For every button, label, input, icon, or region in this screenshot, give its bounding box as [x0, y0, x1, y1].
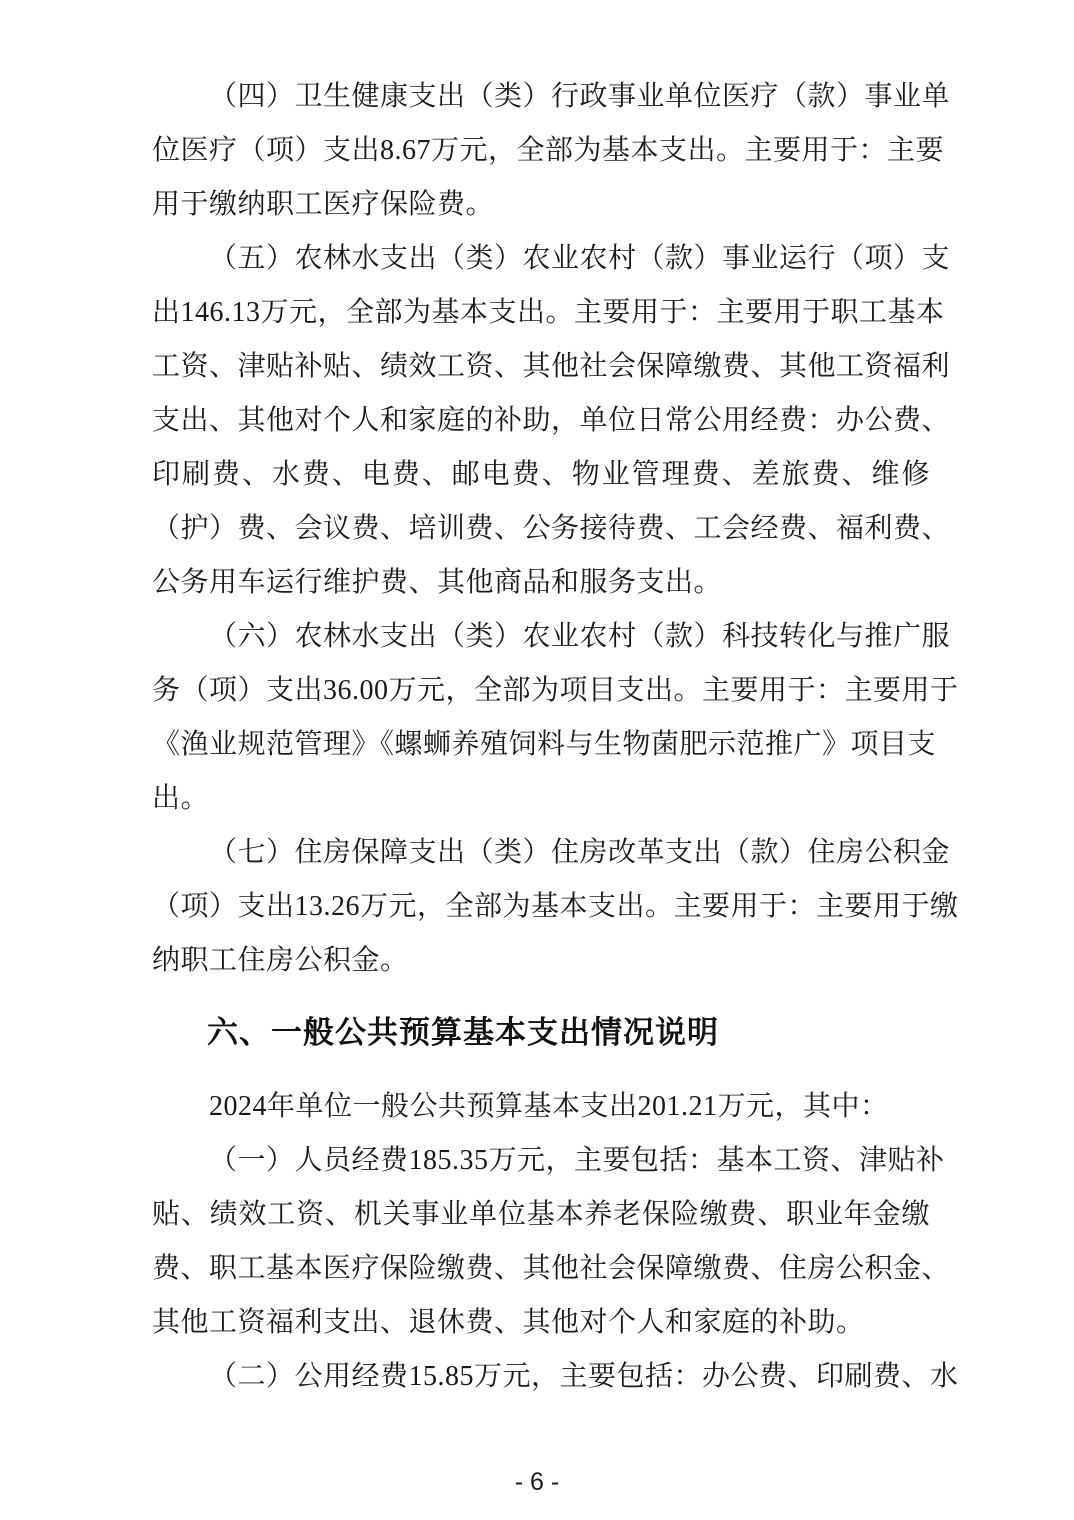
paragraph-line: 贴、绩效工资、机关事业单位基本养老保险缴费、职业年金缴: [152, 1188, 930, 1242]
paragraph-public-expense: （二）公用经费15.85万元，主要包括：办公费、印刷费、水: [152, 1350, 930, 1404]
paragraph-line: 印刷费、水费、电费、邮电费、物业管理费、差旅费、维修: [152, 448, 930, 502]
paragraph-line: （七）住房保障支出（类）住房改革支出（款）住房公积金: [152, 826, 930, 880]
paragraph-line: 出。: [152, 772, 930, 826]
paragraph-item-7: （七）住房保障支出（类）住房改革支出（款）住房公积金 （项）支出13.26万元，…: [152, 826, 930, 988]
paragraph-item-5: （五）农林水支出（类）农业农村（款）事业运行（项）支 出146.13万元，全部为…: [152, 232, 930, 610]
paragraph-line: 务（项）支出36.00万元，全部为项目支出。主要用于：主要用于: [152, 664, 930, 718]
paragraph-personnel-expense: （一）人员经费185.35万元，主要包括：基本工资、津贴补 贴、绩效工资、机关事…: [152, 1134, 930, 1350]
paragraph-line: 纳职工住房公积金。: [152, 934, 930, 988]
page-number: - 6 -: [0, 1468, 1074, 1497]
paragraph-line: 位医疗（项）支出8.67万元，全部为基本支出。主要用于：主要: [152, 124, 930, 178]
paragraph-line: （二）公用经费15.85万元，主要包括：办公费、印刷费、水: [152, 1350, 930, 1404]
document-body: （四）卫生健康支出（类）行政事业单位医疗（款）事业单 位医疗（项）支出8.67万…: [152, 70, 930, 1404]
paragraph-line: （四）卫生健康支出（类）行政事业单位医疗（款）事业单: [152, 70, 930, 124]
section-heading: 六、一般公共预算基本支出情况说明: [152, 1006, 930, 1060]
paragraph-item-6: （六）农林水支出（类）农业农村（款）科技转化与推广服 务（项）支出36.00万元…: [152, 610, 930, 826]
heading-spacer: [152, 1060, 930, 1080]
paragraph-line: 公务用车运行维护费、其他商品和服务支出。: [152, 556, 930, 610]
paragraph-basic-expenditure-total: 2024年单位一般公共预算基本支出201.21万元，其中：: [152, 1080, 930, 1134]
paragraph-line: （项）支出13.26万元，全部为基本支出。主要用于：主要用于缴: [152, 880, 930, 934]
paragraph-line: 工资、津贴补贴、绩效工资、其他社会保障缴费、其他工资福利: [152, 340, 930, 394]
paragraph-line: （一）人员经费185.35万元，主要包括：基本工资、津贴补: [152, 1134, 930, 1188]
document-page: （四）卫生健康支出（类）行政事业单位医疗（款）事业单 位医疗（项）支出8.67万…: [0, 0, 1074, 1520]
paragraph-line: 《渔业规范管理》《螺蛳养殖饲料与生物菌肥示范推广》项目支: [152, 718, 930, 772]
paragraph-line: （五）农林水支出（类）农业农村（款）事业运行（项）支: [152, 232, 930, 286]
paragraph-line: 费、职工基本医疗保险缴费、其他社会保障缴费、住房公积金、: [152, 1242, 930, 1296]
paragraph-line: 2024年单位一般公共预算基本支出201.21万元，其中：: [152, 1080, 930, 1134]
paragraph-line: （六）农林水支出（类）农业农村（款）科技转化与推广服: [152, 610, 930, 664]
paragraph-line: 出146.13万元，全部为基本支出。主要用于：主要用于职工基本: [152, 286, 930, 340]
paragraph-line: 支出、其他对个人和家庭的补助，单位日常公用经费：办公费、: [152, 394, 930, 448]
paragraph-item-4: （四）卫生健康支出（类）行政事业单位医疗（款）事业单 位医疗（项）支出8.67万…: [152, 70, 930, 232]
paragraph-line: 其他工资福利支出、退休费、其他对个人和家庭的补助。: [152, 1296, 930, 1350]
paragraph-line: （护）费、会议费、培训费、公务接待费、工会经费、福利费、: [152, 502, 930, 556]
paragraph-line: 用于缴纳职工医疗保险费。: [152, 178, 930, 232]
